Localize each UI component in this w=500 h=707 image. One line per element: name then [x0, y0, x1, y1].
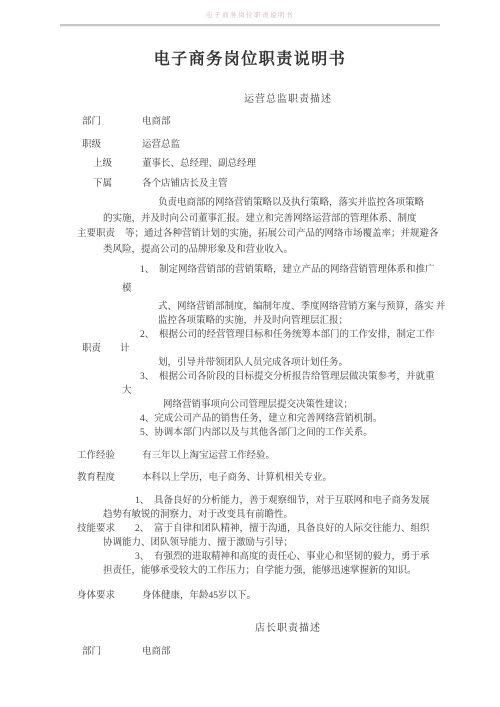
- text-line: 式、网络营销部制度，编制年度、季度网络营销方案与预算，落实 并: [76, 300, 500, 314]
- field-value: 2、 富于自律和团队精神，擅于沟通，具备良好的人际交往能力、组织: [135, 524, 430, 534]
- field-label: 身体要求: [77, 589, 142, 603]
- text-line: 的实施，并及时向公司董事汇报。建立和完善网络运营部的管理体系、制度: [76, 212, 500, 228]
- text-line: 职级运营总监: [76, 138, 500, 152]
- field-row: 下属各个店铺店长及主管: [76, 177, 500, 191]
- text-span: 的实施，并及时向公司董事汇报。建立和完善网络运营部的管理体系、制度: [103, 214, 417, 224]
- text-line: 3、 根据公司各阶段的目标提交分析报告给管理层做决策参考，并就重: [76, 370, 500, 384]
- field-label: 部门: [82, 645, 142, 659]
- text-span: 趋势有敏锐的洞察力，对于改变具有前瞻性。: [103, 510, 293, 520]
- field-value: 等；通过各种营销计划的实施，拓展公司产品的网络市场覆盖率；并规避各: [125, 229, 439, 239]
- text-span: 3、 根据公司各阶段的目标提交分析报告给管理层做决策参考，并就重: [140, 372, 435, 382]
- text-line: 部门电商部: [76, 115, 500, 129]
- text-line: 下属各个店铺店长及主管: [76, 177, 500, 191]
- text-span: 划，引导并带领团队人员完成各项计划任务。: [158, 358, 348, 368]
- field-label: 上级: [93, 157, 142, 171]
- text-line: 类风险，提高公司的品牌形象及和营业收入。: [76, 243, 500, 259]
- text-line: 协调能力、团队领导能力、擅于激励与引导；: [76, 536, 500, 550]
- text-line: 担责任，能够承受较大的工作压力；自学能力强，能够迅速掌握新的知识。: [76, 564, 500, 578]
- text-line: 身体要求身体健康，年龄45岁以下。: [76, 589, 500, 603]
- text-line: 3、 有强烈的进取精神和高度的责任心、事业心和坚韧的毅力，勇于承: [76, 550, 500, 564]
- text-span: 5、协调本部门内部以及与其他各部门之间的工作关系。: [140, 428, 373, 438]
- text-line: 趋势有敏锐的洞察力，对于改变具有前瞻性。: [76, 508, 500, 522]
- field-value: 有三年以上淘宝运营工作经验。: [142, 451, 275, 461]
- text-line: 部门电商部: [76, 645, 500, 659]
- section-heading: 店长职责描述: [76, 622, 500, 636]
- text-line: 模: [76, 282, 500, 296]
- field-value: 电商部: [142, 647, 171, 657]
- text-line: 教育程度本科以上学历，电子商务、计算机相关专业。: [76, 471, 500, 485]
- text-span: 监控各项策略的实施，并及时向管理层汇报；: [158, 316, 348, 326]
- text-span: 4、完成公司产品的销售任务，建立和完善网络营销机制。: [140, 414, 382, 424]
- field-row: 负责电商部的网络营销策略以及执行策略，落实并监控各项策略的实施，并及时向公司董事…: [76, 196, 500, 258]
- text-span: 类风险，提高公司的品牌形象及和营业收入。: [103, 245, 293, 255]
- field-row: 职级运营总监: [76, 138, 500, 152]
- field-label: 工作经验: [77, 449, 142, 463]
- text-line: 网络营销事项向公司管理层提交决策性建议；: [76, 398, 500, 412]
- text-line: 1、 具备良好的分析能力，善于观察细节，对于互联网和电子商务发展: [76, 494, 500, 508]
- text-span: 负责电商部的网络营销策略以及执行策略，落实并监控各项策略: [158, 198, 424, 208]
- field-value: 电商部: [142, 117, 171, 127]
- text-span: 1、 制定网络营销部的营销策略，建立产品的网络营销管理体系和推广: [140, 265, 435, 275]
- header-rule: [60, 24, 440, 27]
- text-span: 大: [122, 386, 132, 396]
- header-note: 电子商务岗位职责说明书: [0, 11, 500, 20]
- field-value: 身体健康，年龄45岁以下。: [142, 591, 256, 601]
- text-line: 划，引导并带领团队人员完成各项计划任务。: [76, 356, 500, 370]
- field-label: 主要职责: [77, 227, 125, 243]
- text-span: 模: [122, 284, 132, 294]
- field-row: 1、 具备良好的分析能力，善于观察细节，对于互联网和电子商务发展趋势有敏锐的洞察…: [76, 494, 500, 578]
- text-span: 式、网络营销部制度，编制年度、季度网络营销方案与预算，落实 并: [158, 302, 445, 312]
- document-page: 电子商务岗位职责说明书 电子商务岗位职责说明书 运营总监职责描述部门电商部职级运…: [0, 0, 500, 707]
- text-span: 协调能力、团队领导能力、擅于激励与引导；: [103, 538, 293, 548]
- field-row: 1、 制定网络营销部的营销策略，建立产品的网络营销管理体系和推广模式、网络营销部…: [76, 263, 500, 440]
- field-label: 职责: [82, 342, 120, 356]
- field-label: 职级: [82, 138, 142, 152]
- field-row: 部门电商部: [76, 645, 500, 659]
- field-value: 运营总监: [142, 140, 180, 150]
- field-label: 下属: [93, 177, 142, 191]
- text-span: 担责任，能够承受较大的工作压力；自学能力强，能够迅速掌握新的知识。: [103, 566, 417, 576]
- text-line: 大: [76, 384, 500, 398]
- field-label: 技能要求: [77, 522, 135, 536]
- field-row: 身体要求身体健康，年龄45岁以下。: [76, 589, 500, 603]
- text-line: 5、协调本部门内部以及与其他各部门之间的工作关系。: [76, 426, 500, 440]
- text-line: 2、 根据公司的经营管理目标和任务统筹本部门的工作安排，制定工作: [76, 328, 500, 342]
- field-value: 本科以上学历，电子商务、计算机相关专业。: [142, 473, 332, 483]
- field-label: 教育程度: [77, 471, 142, 485]
- text-span: 1、 具备良好的分析能力，善于观察细节，对于互联网和电子商务发展: [135, 496, 430, 506]
- text-span: 2、 根据公司的经营管理目标和任务统筹本部门的工作安排，制定工作: [140, 330, 435, 340]
- text-line: 上级董事长、总经理、副总经理: [76, 157, 500, 171]
- document-title: 电子商务岗位职责说明书: [0, 49, 500, 71]
- field-row: 上级董事长、总经理、副总经理: [76, 157, 500, 171]
- field-label: 部门: [82, 115, 142, 129]
- text-line: 监控各项策略的实施，并及时向管理层汇报；: [76, 314, 500, 328]
- text-line: 工作经验有三年以上淘宝运营工作经验。: [76, 449, 500, 463]
- field-row: 教育程度本科以上学历，电子商务、计算机相关专业。: [76, 471, 500, 485]
- text-line: 1、 制定网络营销部的营销策略，建立产品的网络营销管理体系和推广: [76, 263, 500, 277]
- field-value: 董事长、总经理、副总经理: [142, 159, 256, 169]
- document-body: 运营总监职责描述部门电商部职级运营总监上级董事长、总经理、副总经理下属各个店铺店…: [76, 93, 500, 659]
- field-row: 工作经验有三年以上淘宝运营工作经验。: [76, 449, 500, 463]
- text-line: 主要职责等；通过各种营销计划的实施，拓展公司产品的网络市场覆盖率；并规避各: [76, 227, 500, 243]
- text-span: 3、 有强烈的进取精神和高度的责任心、事业心和坚韧的毅力，勇于承: [135, 552, 430, 562]
- field-row: 部门电商部: [76, 115, 500, 129]
- text-span: 网络营销事项向公司管理层提交决策性建议；: [163, 400, 353, 410]
- text-line: 4、完成公司产品的销售任务，建立和完善网络营销机制。: [76, 412, 500, 426]
- text-line: 技能要求2、 富于自律和团队精神，擅于沟通，具备良好的人际交往能力、组织: [76, 522, 500, 536]
- field-value: 计: [120, 344, 130, 354]
- text-line: 职责计: [76, 342, 500, 356]
- text-line: 负责电商部的网络营销策略以及执行策略，落实并监控各项策略: [76, 196, 500, 212]
- field-value: 各个店铺店长及主管: [142, 179, 228, 189]
- section-heading: 运营总监职责描述: [76, 93, 500, 107]
